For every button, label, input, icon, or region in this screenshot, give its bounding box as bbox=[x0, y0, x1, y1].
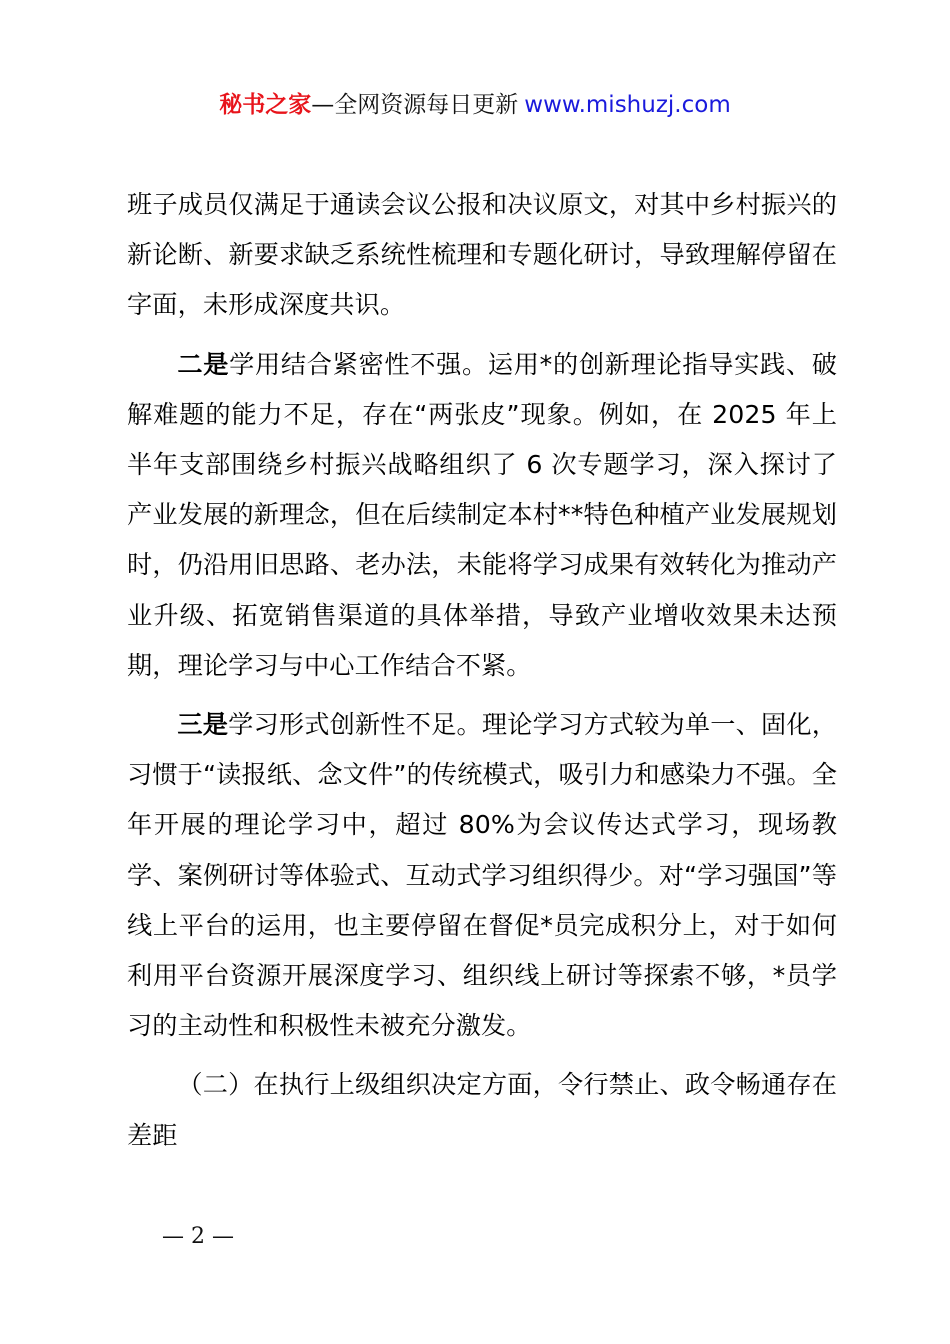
paragraph-text: 学习形式创新性不足。理论学习方式较为单一、固化，习惯于“读报纸、念文件”的传统模… bbox=[127, 710, 837, 1040]
brand-name: 秘书之家 bbox=[219, 92, 311, 118]
paragraph-point-three: 三是学习形式创新性不足。理论学习方式较为单一、固化，习惯于“读报纸、念文件”的传… bbox=[127, 700, 837, 1051]
paragraph-continuation: 班子成员仅满足于通读会议公报和决议原文，对其中乡村振兴的新论断、新要求缺乏系统性… bbox=[127, 180, 837, 331]
site-url-link[interactable]: www.mishuzj.com bbox=[524, 92, 730, 118]
header-slogan: —全网资源每日更新 bbox=[311, 92, 518, 118]
paragraph-text: 班子成员仅满足于通读会议公报和决议原文，对其中乡村振兴的新论断、新要求缺乏系统性… bbox=[127, 190, 837, 319]
page-number: — 2 — bbox=[162, 1222, 234, 1252]
section-heading-text: （二）在执行上级组织决定方面，令行禁止、政令畅通存在差距 bbox=[127, 1070, 837, 1149]
section-heading: （二）在执行上级组织决定方面，令行禁止、政令畅通存在差距 bbox=[127, 1060, 837, 1160]
page-header: 秘书之家—全网资源每日更新www.mishuzj.com bbox=[0, 88, 950, 122]
paragraph-lead: 三是 bbox=[177, 710, 228, 739]
paragraph-point-two: 二是学用结合紧密性不强。运用*的创新理论指导实践、破解难题的能力不足，存在“两张… bbox=[127, 340, 837, 691]
paragraph-lead: 二是 bbox=[177, 350, 229, 379]
document-body: 班子成员仅满足于通读会议公报和决议原文，对其中乡村振兴的新论断、新要求缺乏系统性… bbox=[127, 180, 837, 1161]
paragraph-text: 学用结合紧密性不强。运用*的创新理论指导实践、破解难题的能力不足，存在“两张皮”… bbox=[127, 350, 837, 680]
